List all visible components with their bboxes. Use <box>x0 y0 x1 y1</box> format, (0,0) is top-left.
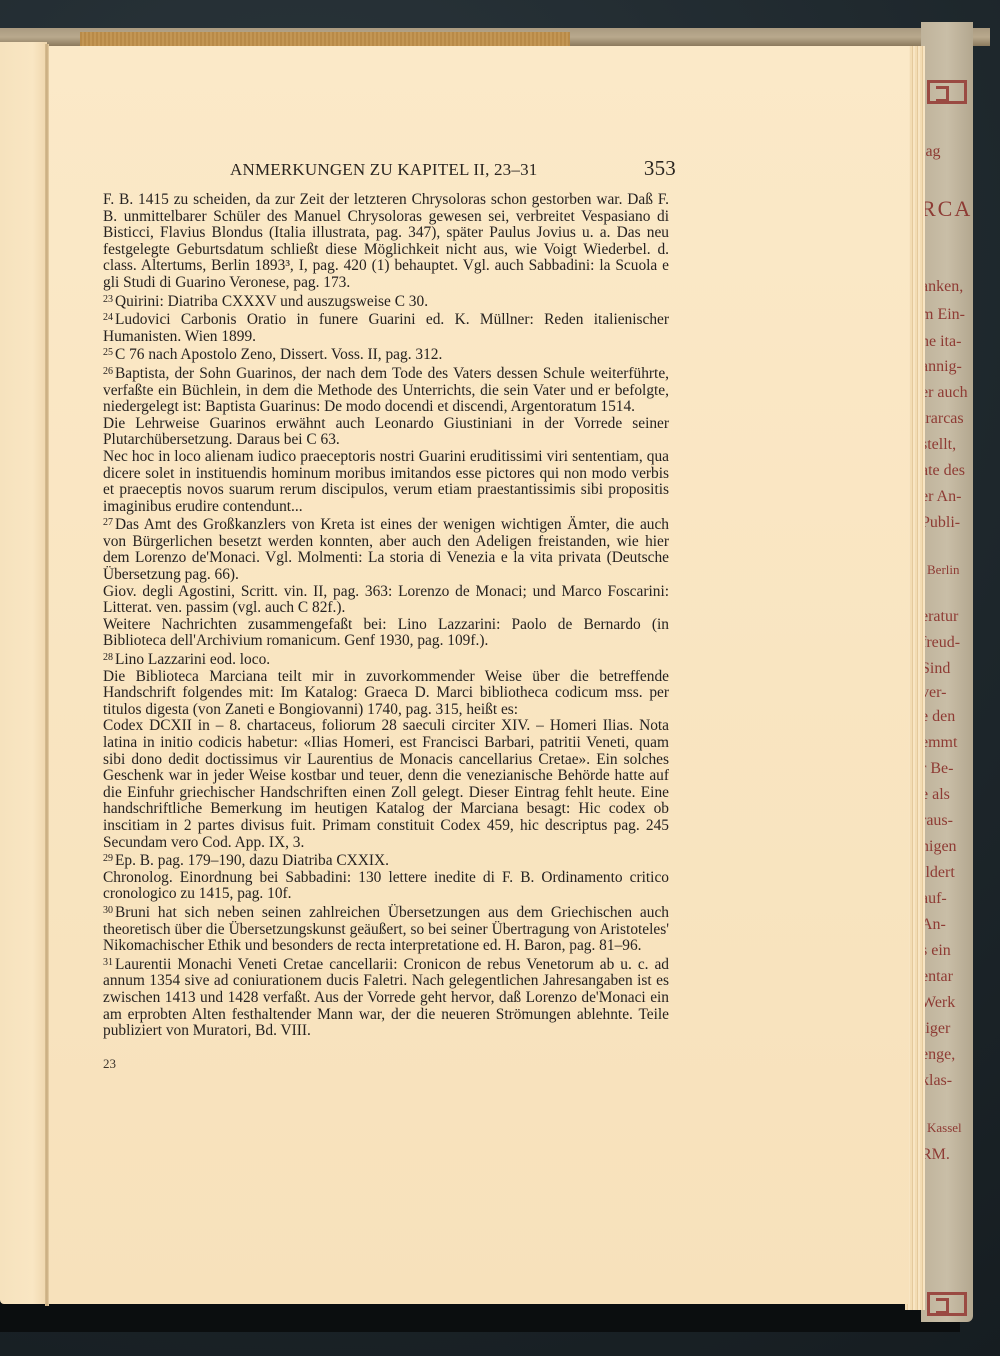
footnote-27: 27Das Amt des Großkanzlers von Kreta ist… <box>103 515 669 583</box>
spine-text-fragment: er An- <box>921 488 973 506</box>
spine-text-fragment: Kassel <box>921 1120 979 1136</box>
spine-text-fragment: Publi- <box>921 514 973 532</box>
spine-text-fragment: eratur <box>921 608 973 626</box>
note-paragraph: Die Lehrweise Guarinos erwähnt auch Leon… <box>103 416 669 449</box>
footnote-number: 30 <box>103 905 113 916</box>
spine-text-fragment: enge, <box>921 1046 973 1064</box>
spine-text-fragment: e als <box>921 786 973 804</box>
spine-text-fragment: Werk <box>921 994 973 1012</box>
spine-text-fragment: klas- <box>921 1072 973 1090</box>
chapter-heading: ANMERKUNGEN ZU KAPITEL II, 23–31 <box>230 160 538 180</box>
book-bottom-shadow <box>0 1302 960 1332</box>
running-head: ANMERKUNGEN ZU KAPITEL II, 23–31 353 <box>230 156 676 181</box>
paragraph-text: Quirini: Diatriba CXXXV und auszugsweise… <box>115 293 428 310</box>
spine-text-fragment: tiger <box>921 1020 973 1038</box>
spine-text-fragment: Sind <box>921 660 973 678</box>
adjacent-book-spine: lagRCAanken,m Ein-he ita-annig-er auchtr… <box>921 22 973 1322</box>
note-paragraph: Chronolog. Einordnung bei Sabbadini: 130… <box>103 870 669 903</box>
paragraph-text: Das Amt des Großkanzlers von Kreta ist e… <box>103 516 669 583</box>
meander-ornament-icon <box>927 1292 967 1316</box>
footnote-number: 24 <box>103 312 113 323</box>
footnote-23: 23Quirini: Diatriba CXXXV und auszugswei… <box>103 292 669 311</box>
spine-text-fragment: RM. <box>921 1146 973 1164</box>
paragraph-text: Giov. degli Agostini, Scritt. vin. II, p… <box>103 583 669 617</box>
footnotes-body: F. B. 1415 zu scheiden, da zur Zeit der … <box>103 192 669 1040</box>
footnote-number: 25 <box>103 347 113 358</box>
spine-text-fragment: e den <box>921 708 973 726</box>
paragraph-text: Nec hoc in loco alienam iudico praecepto… <box>103 448 669 515</box>
spine-text-fragment: raus- <box>921 812 973 830</box>
note-paragraph: F. B. 1415 zu scheiden, da zur Zeit der … <box>103 192 669 292</box>
paragraph-text: Ludovici Carbonis Oratio in funere Guari… <box>103 311 669 345</box>
spine-text-fragment: Berlin <box>921 562 979 578</box>
left-page <box>0 42 47 1304</box>
note-paragraph: Weitere Nachrichten zusammengefaßt bei: … <box>103 617 669 650</box>
spine-text-fragment: ver- <box>921 684 973 702</box>
note-paragraph: Codex DCXII in – 8. chartaceus, foliorum… <box>103 718 669 851</box>
meander-ornament-icon <box>927 80 967 104</box>
footnote-number: 27 <box>103 517 113 528</box>
paragraph-text: Lino Lazzarini eod. loco. <box>115 651 270 668</box>
footnote-24: 24Ludovici Carbonis Oratio in funere Gua… <box>103 310 669 345</box>
note-paragraph: Die Biblioteca Marciana teilt mir in zuv… <box>103 669 669 719</box>
book-headband <box>80 32 570 46</box>
footnote-25: 25C 76 nach Apostolo Zeno, Dissert. Voss… <box>103 345 669 364</box>
spine-text-fragment: trarcas <box>921 410 973 428</box>
spine-text-fragment: An- <box>921 916 973 934</box>
paragraph-text: Chronolog. Einordnung bei Sabbadini: 130… <box>103 869 669 903</box>
footnote-29: 29Ep. B. pag. 179–190, dazu Diatriba CXX… <box>103 851 669 870</box>
footnote-number: 23 <box>103 294 113 305</box>
spine-text-fragment: freud- <box>921 634 973 652</box>
paragraph-text: F. B. 1415 zu scheiden, da zur Zeit der … <box>103 191 669 291</box>
spine-text-fragment: stellt, <box>921 436 973 454</box>
paragraph-text: Die Lehrweise Guarinos erwähnt auch Leon… <box>103 415 669 449</box>
spine-text-fragment: s ein <box>921 942 973 960</box>
spine-text-fragment: he ita- <box>921 333 973 351</box>
note-paragraph: Giov. degli Agostini, Scritt. vin. II, p… <box>103 584 669 617</box>
footnote-number: 26 <box>103 366 113 377</box>
spine-text-fragment: nigen <box>921 838 973 856</box>
paragraph-text: Baptista, der Sohn Guarinos, der nach de… <box>103 365 669 415</box>
paragraph-text: C 76 nach Apostolo Zeno, Dissert. Voss. … <box>115 346 442 363</box>
page-number: 353 <box>644 156 676 181</box>
paragraph-text: Ep. B. pag. 179–190, dazu Diatriba CXXIX… <box>115 852 389 869</box>
paragraph-text: Die Biblioteca Marciana teilt mir in zuv… <box>103 668 669 718</box>
paragraph-text: Bruni hat sich neben seinen zahlreichen … <box>103 904 669 954</box>
footnote-28: 28Lino Lazzarini eod. loco. <box>103 650 669 669</box>
paragraph-text: Laurentii Monachi Veneti Cretae cancella… <box>103 956 669 1039</box>
footnote-number: 29 <box>103 853 113 864</box>
printer-signature: 23 <box>103 1056 116 1072</box>
spine-text-fragment: er auch <box>921 384 973 402</box>
spine-text-fragment: emmt <box>921 734 973 752</box>
spine-text-fragment: auf- <box>921 890 973 908</box>
footnote-30: 30Bruni hat sich neben seinen zahlreiche… <box>103 903 669 955</box>
spine-text-fragment: anken, <box>921 278 973 296</box>
paragraph-text: Codex DCXII in – 8. chartaceus, foliorum… <box>103 717 669 850</box>
footnote-31: 31Laurentii Monachi Veneti Cretae cancel… <box>103 955 669 1040</box>
note-paragraph: Nec hoc in loco alienam iudico praecepto… <box>103 449 669 515</box>
paragraph-text: Weitere Nachrichten zusammengefaßt bei: … <box>103 616 669 650</box>
footnote-number: 31 <box>103 957 113 968</box>
spine-text-fragment: lag <box>921 143 973 161</box>
spine-text-fragment: entar <box>921 968 973 986</box>
spine-text-fragment: m Ein- <box>921 306 973 324</box>
spine-text-fragment: RCA <box>921 196 973 222</box>
spine-text-fragment: ate des <box>921 462 973 480</box>
spine-text-fragment: annig- <box>921 358 973 376</box>
footnote-26: 26Baptista, der Sohn Guarinos, der nach … <box>103 364 669 416</box>
spine-text-fragment: r Be- <box>921 760 973 778</box>
footnote-number: 28 <box>103 652 113 663</box>
spine-text-fragment: ildert <box>921 864 973 882</box>
